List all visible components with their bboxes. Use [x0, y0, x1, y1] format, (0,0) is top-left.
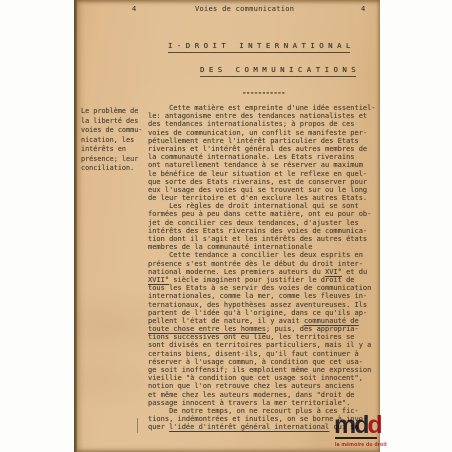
page-scan: 4 Voies de communication 4 I - D R O I T… [74, 0, 380, 452]
body-line: membres de la communauté internationale [148, 243, 376, 251]
body-text-segment: membres de la communauté internationale [148, 243, 312, 251]
body-text-segment: des tendances internationalistes; à prop… [148, 120, 355, 128]
watermark-bar [335, 437, 377, 439]
body-line: riverains et l'intérêt général des autre… [148, 145, 376, 153]
body-text-segment: formées peu à peu dans cette matière, on… [148, 210, 371, 218]
body-text-segment: vieillie "à condition que cet usage soit… [148, 374, 363, 382]
body-line: notion que l'on retrouve chez les auteur… [148, 382, 376, 390]
body-line: intérêts des Etats riverains des voies d… [148, 227, 376, 235]
body-text-underlined: l'idée d'intérêt général international [169, 423, 329, 431]
section-heading: I - D R O I T I N T E R N A T I O N A L [168, 41, 350, 53]
body-text-segment: Cette matière est empreinte d'une idée e… [148, 104, 376, 112]
watermark-letter-d1: d [354, 411, 367, 439]
body-text-underlined: toute chose entre les hommes [148, 325, 266, 333]
body-text-segment: que sorte des Etats riverains, est de co… [148, 178, 367, 186]
pencil-margin-mark [137, 418, 138, 433]
running-title: Voies de communication [195, 5, 294, 13]
body-text-segment: notion que l'on retrouve chez les auteur… [148, 382, 355, 390]
body-line: passage innocent à travers la mer territ… [148, 399, 376, 407]
body-text-segment: passage innocent à travers la mer territ… [148, 399, 350, 407]
page-number-right: 4 [361, 5, 366, 13]
body-text-underlined: XVII° [148, 276, 169, 284]
margin-note-line: présence; leur [81, 155, 145, 165]
body-line: et même chez les auteurs modernes, dans … [148, 391, 376, 399]
margin-note-line: nication, les [81, 136, 145, 146]
scanned-document-view: 4 Voies de communication 4 I - D R O I T… [0, 0, 452, 452]
body-text-segment: tion dont il s'agit et les intérêts des … [148, 235, 367, 243]
body-text-segment: sont divisés en territoires particuliers… [148, 341, 371, 349]
body-line: tion dont il s'agit et les intérêts des … [148, 235, 376, 243]
margin-note: Le problème dela liberté desvoies de com… [81, 107, 145, 174]
page-left-edge-shadow [74, 0, 77, 452]
margin-note-line: voies de commu- [81, 126, 145, 136]
body-text-segment: ; puis, des appropria- [266, 325, 359, 333]
body-line: voies de communication, un conflit se ma… [148, 129, 376, 137]
body-line: ternationaux, des hypothèses assez avent… [148, 301, 376, 309]
margin-note-line: la liberté des [81, 117, 145, 127]
watermark-letters: mdd [334, 413, 384, 437]
body-text-segment: internationales, comme la mer, comme les… [148, 292, 367, 300]
body-line: le bénéfice de leur situation et le refl… [148, 170, 376, 178]
body-text-segment: pétuellement entre l'intérêt particulier… [148, 137, 359, 145]
body-line: ont naturellement tendance à se réserver… [148, 161, 376, 169]
body-line: formées peu à peu dans cette matière, on… [148, 210, 376, 218]
body-text-segment: tous les Etats à se servir des voies de … [148, 284, 371, 292]
body-text-segment: intérêts des Etats riverains des voies d… [148, 227, 367, 235]
body-line: présence s'est montrée dès le début du d… [148, 260, 376, 268]
body-line: que sorte des Etats riverains, est de co… [148, 178, 376, 186]
body-line: pellent l'état de nature, il y avait com… [148, 317, 376, 325]
body-line: ge soit inoffensif; ils emploient même u… [148, 366, 376, 374]
body-line: internationales, comme la mer, comme les… [148, 292, 376, 300]
separator-dashes: ----------- [242, 88, 285, 97]
body-text-segment: ont naturellement tendance à se réserver… [148, 161, 363, 169]
body-text: Cette matière est empreinte d'une idée e… [148, 104, 376, 432]
body-text-segment: le bénéfice de leur situation et le refl… [148, 170, 367, 178]
body-line: des tendances internationalistes; à prop… [148, 120, 376, 128]
body-text-segment: national moderne. Les premiers auteurs d… [148, 268, 325, 276]
body-line: eux l'usage des voies qui se trouvent su… [148, 186, 376, 194]
body-line: Cette tendance a concilier les deux espr… [148, 251, 376, 259]
body-text-segment: réserver à l'usage commun, à condition q… [148, 358, 363, 366]
body-text-segment: Cette tendance a concilier les deux espr… [148, 251, 363, 259]
watermark-letter-m: m [334, 411, 354, 439]
body-text-segment: siècle imaginent pour justifier le droit… [169, 276, 354, 284]
body-text-segment: et même chez les auteurs modernes, dans … [148, 391, 355, 399]
body-line: jet de concilier ces deux tendances, d'a… [148, 219, 376, 227]
body-line: sont divisés en territoires particuliers… [148, 341, 376, 349]
memoire-du-droit-watermark: mdd la mémoire du droit [334, 413, 384, 437]
section-subheading: D E S C O M M U N I C A T I O N S [200, 65, 356, 77]
body-text-segment: partent de l'idée qu'à l'origine, dans c… [148, 309, 367, 317]
body-text-segment: certains biens, disent-ils, qu'il faut c… [148, 350, 359, 358]
body-text-segment: ternationaux, des hypothèses assez avent… [148, 301, 367, 309]
body-line: tous les Etats à se servir des voies de … [148, 284, 376, 292]
watermark-caption: la mémoire du droit [335, 442, 387, 448]
margin-note-line: conciliation. [81, 164, 145, 174]
margin-note-line: Le problème de [81, 107, 145, 117]
body-line: certains biens, disent-ils, qu'il faut c… [148, 350, 376, 358]
body-line: pétuellement entre l'intérêt particulier… [148, 137, 376, 145]
body-text-underlined: communauté de [304, 317, 359, 325]
body-text-segment: le: antagonisme entre des tendances nati… [148, 112, 367, 120]
body-text-segment: riverains et l'intérêt général des autre… [148, 145, 367, 153]
body-line: national moderne. Les premiers auteurs d… [148, 268, 376, 276]
body-text-segment: la communauté internationale. Les Etats … [148, 153, 355, 161]
body-line: partent de l'idée qu'à l'origine, dans c… [148, 309, 376, 317]
body-text-segment: présence s'est montrée dès le début du d… [148, 260, 363, 268]
body-text-segment: voies de communication, un conflit se ma… [148, 129, 367, 137]
body-text-segment: jet de concilier ces deux tendances, d'a… [148, 219, 359, 227]
body-line: toute chose entre les hommes; puis, des … [148, 325, 376, 333]
body-text-segment: pellent l'état de nature, il y avait [148, 317, 304, 325]
body-text-segment: ge soit inoffensif; ils emploient même u… [148, 366, 371, 374]
body-text-underlined: XVI° [325, 268, 342, 276]
body-text-segment: de leur territoire et d'en exclure les a… [148, 194, 367, 202]
margin-note-line: intérêts en [81, 145, 145, 155]
body-line: réserver à l'usage commun, à condition q… [148, 358, 376, 366]
body-line: vieillie "à condition que cet usage soit… [148, 374, 376, 382]
body-text-segment: quer [148, 423, 169, 431]
body-line: Cette matière est empreinte d'une idée e… [148, 104, 376, 112]
body-text-segment: De notre temps, on ne recourt plus à ces… [148, 407, 359, 415]
body-text-segment: eux l'usage des voies qui se trouvent su… [148, 186, 367, 194]
page-number-left: 4 [132, 5, 137, 13]
body-text-segment: et du [342, 268, 367, 276]
watermark-letter-d2: d [368, 411, 381, 439]
body-line: XVII° siècle imaginent pour justifier le… [148, 276, 376, 284]
